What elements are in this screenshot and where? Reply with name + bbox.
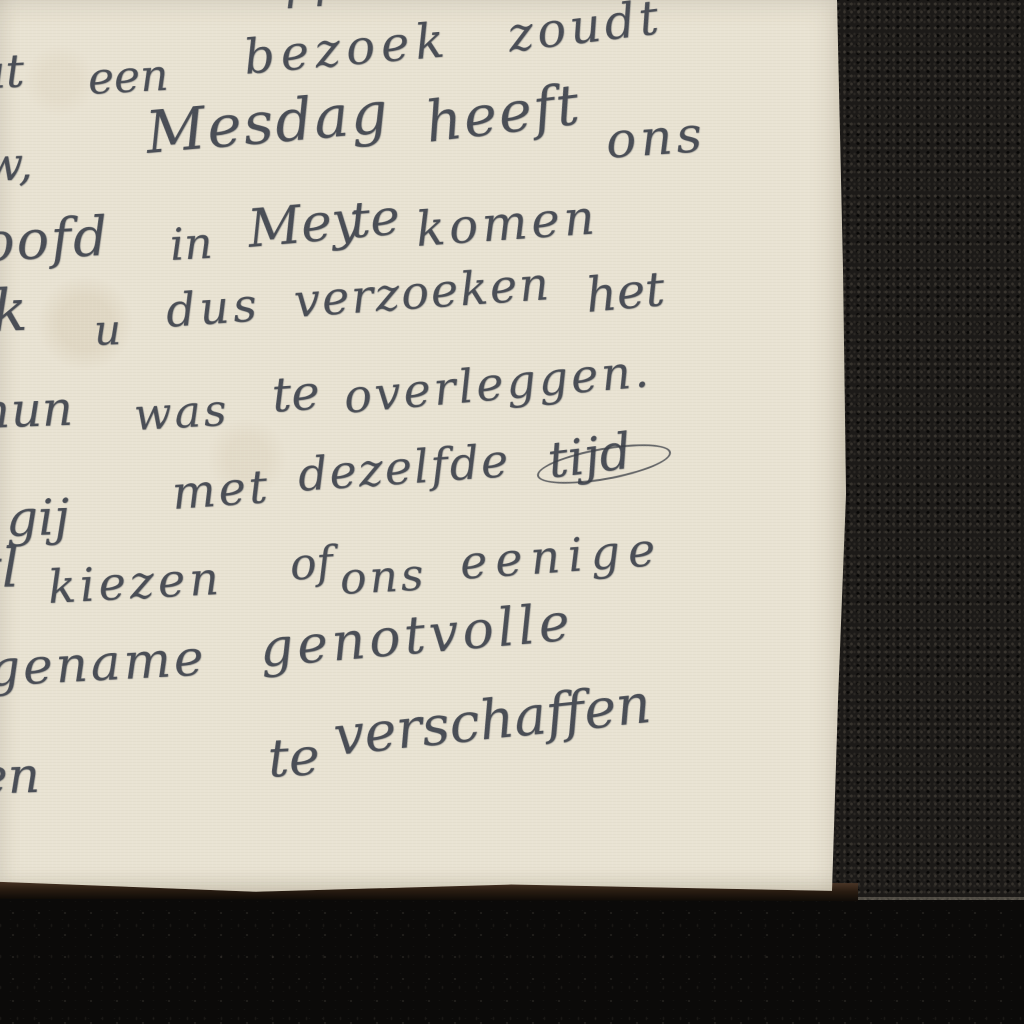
handwritten-word: een [87,54,170,102]
handwritten-word: ons [339,554,428,602]
handwritten-word: ons [604,109,707,166]
letter-photograph: { "scene": { "description": "Photograph … [0,0,1024,1024]
handwritten-word: gename [0,633,208,694]
handwritten-word: of [288,541,334,588]
handwritten-word: u [93,309,122,352]
handwritten-word: te [270,369,321,420]
handwritten-word: oofd [0,209,111,270]
handwritten-word: pp [282,0,344,6]
handwritten-word: Mesdag [143,83,391,162]
handwritten-word: kiezen [47,555,224,610]
handwritten-word: te [348,192,402,246]
handwritten-word: eenige [458,526,664,586]
handwritten-word: komen [414,193,600,254]
handwritten-word: zoudt [505,0,665,60]
letter-paper: pputeenbezoekzoudtw,Mesdagheeftonsoofdin… [0,0,852,898]
handwritten-word: tl [0,541,19,596]
handwritten-word: verschaffen [331,677,653,764]
handwritten-word: k [0,281,28,340]
handwritten-word: overleggen. [342,347,653,420]
handwritten-word: bezoek [242,16,452,82]
handwritten-word: was [133,389,231,438]
handwritten-word: in [169,222,214,268]
handwritten-word: genotvolle [258,597,576,676]
handwritten-word: verzoeken [292,260,552,324]
handwritten-word: dezelfde [296,437,511,498]
handwritten-word: te [267,731,321,786]
handwritten-word: heeft [423,77,584,152]
handwritten-word: dus [164,281,262,333]
handwritten-word: met [170,463,271,516]
handwriting-ink-layer: pputeenbezoekzoudtw,Mesdagheeftonsoofdin… [0,0,852,898]
handwritten-word: w, [0,140,33,188]
handwritten-word: en [0,750,41,802]
handwritten-word: hun [0,385,74,436]
black-felt-mat [820,0,1024,900]
handwritten-word: ut [0,48,25,96]
handwritten-word: Mey [246,194,364,256]
handwritten-word: het [584,265,666,320]
